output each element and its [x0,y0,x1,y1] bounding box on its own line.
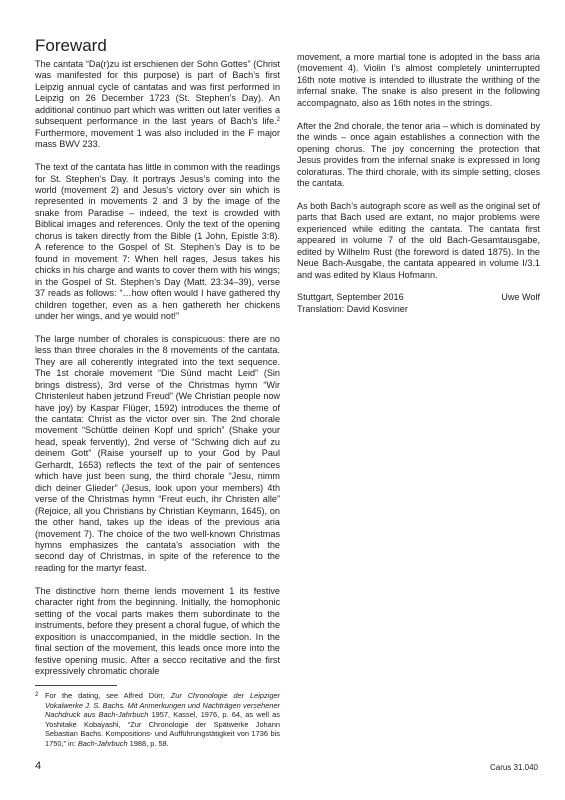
page-number: 4 [35,760,41,772]
footnote-reference[interactable]: 2 [277,117,280,123]
paragraph-text-origin: The text of the cantata has little in co… [35,162,280,322]
paragraph-chorales: The large number of chorales is conspicu… [35,334,280,575]
paragraph-tenor-aria: After the 2nd chorale, the tenor aria – … [297,121,540,190]
right-column: movement, a more martial tone is adopted… [297,52,540,315]
footnote: 2 For the dating, see Alfred Dürr, Zur C… [35,691,280,748]
signature-block: Stuttgart, September 2016 Translation: D… [297,292,540,315]
catalog-number: Carus 31.040 [490,763,538,772]
footnote-text: For the dating, see Alfred Dürr, Zur Chr… [45,691,280,748]
paragraph-sources: As both Bach’s autograph score as well a… [297,201,540,281]
translator: Translation: David Kosviner [297,304,408,315]
footnote-part: For the dating, see Alfred Dürr, [45,691,171,700]
footnote-divider [35,685,117,686]
paragraph-horn-theme: The distinctive horn theme lends movemen… [35,586,280,678]
footnote-journal-italic: Bach-Jahrbuch [78,739,128,748]
footnote-part: 1988, p. 58. [128,739,169,748]
left-column: The cantata “Da(r)zu ist erschienen der … [35,59,280,689]
author-name: Uwe Wolf [501,292,540,315]
place-date: Stuttgart, September 2016 [297,292,408,303]
page-title: Foreward [35,36,107,56]
footnote-number: 2 [35,691,38,701]
paragraph-bass-aria: movement, a more martial tone is adopted… [297,52,540,109]
paragraph-text: The cantata “Da(r)zu ist erschienen der … [35,59,280,126]
paragraph-text: Furthermore, movement 1 was also include… [35,128,280,149]
paragraph-intro: The cantata “Da(r)zu ist erschienen der … [35,59,280,151]
